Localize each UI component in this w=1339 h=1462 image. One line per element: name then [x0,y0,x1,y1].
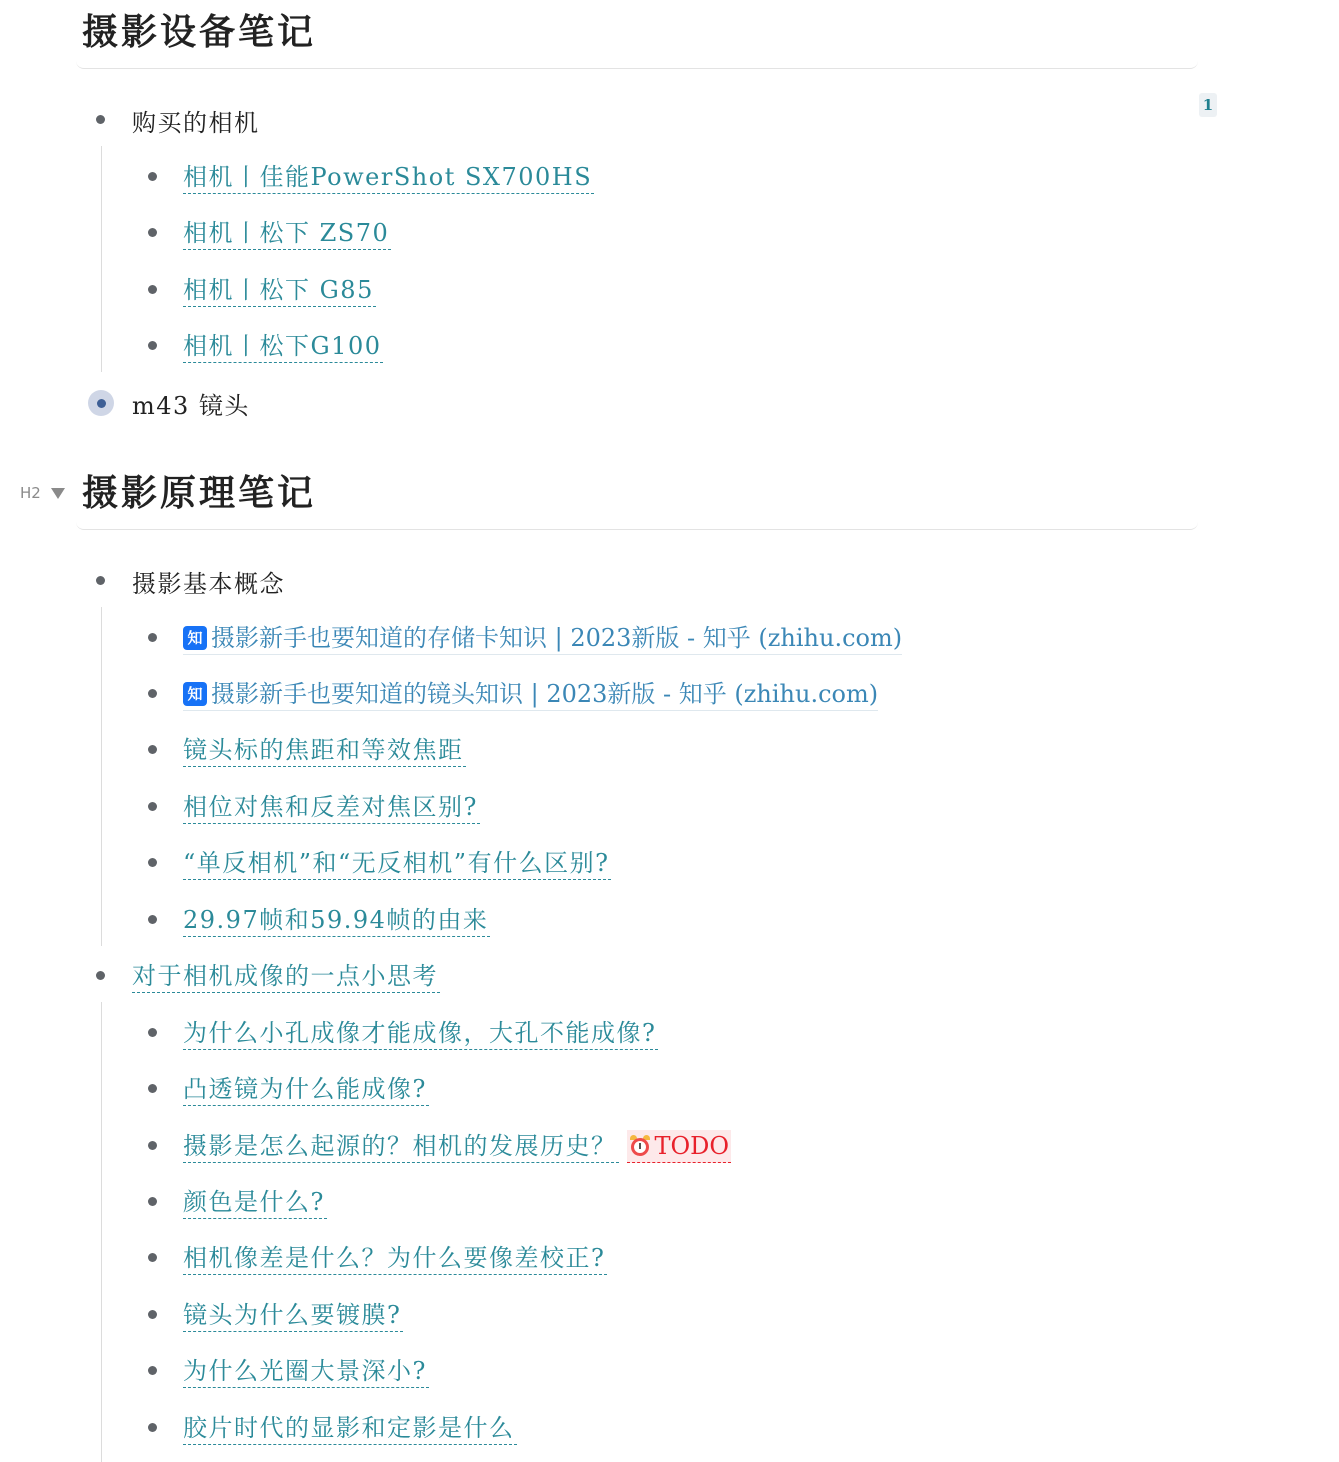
bullet-icon[interactable] [96,115,105,124]
todo-tag-label: TODO [655,1130,730,1162]
page-ref-link[interactable]: 相机丨松下 G85 [183,274,376,307]
zhihu-icon: 知 [183,682,207,706]
heading-photo-principles[interactable]: 摄影原理笔记 [76,467,1198,530]
bullet-icon[interactable] [148,858,157,867]
list-item[interactable]: 相机丨松下G100 [148,326,383,366]
page-ref-link[interactable]: 摄影是怎么起源的？相机的发展历史？ [183,1130,619,1163]
bullet-icon[interactable] [148,228,157,237]
external-link[interactable]: 知 摄影新手也要知道的镜头知识 | 2023新版 - 知乎 (zhihu.com… [183,678,878,711]
bullet-icon[interactable] [148,1197,157,1206]
reference-count-badge[interactable]: 1 [1199,93,1217,117]
bullet-icon[interactable] [148,341,157,350]
list-item[interactable]: 29.97帧和59.94帧的由来 [148,900,490,940]
page-ref-link[interactable]: 凸透镜为什么能成像? [183,1073,429,1106]
list-item[interactable]: 镜头标的焦距和等效焦距 [148,730,466,770]
external-link-text: 摄影新手也要知道的存储卡知识 | 2023新版 - 知乎 (zhihu.com) [211,622,902,654]
bullet-icon[interactable] [96,971,105,980]
page-ref-link[interactable]: 29.97帧和59.94帧的由来 [183,904,490,937]
list-item[interactable]: 相机丨佳能PowerShot SX700HS [148,157,594,197]
list-item[interactable]: 颜色是什么? [148,1182,327,1222]
list-item[interactable]: 知 摄影新手也要知道的存储卡知识 | 2023新版 - 知乎 (zhihu.co… [148,618,902,658]
list-item[interactable]: 摄影基本概念 [96,561,285,601]
list-item[interactable]: 凸透镜为什么能成像? [148,1069,429,1109]
page-ref-link[interactable]: 相机丨佳能PowerShot SX700HS [183,161,594,194]
bullet-icon[interactable] [96,576,105,585]
alarm-clock-icon [629,1135,651,1157]
page-ref-link[interactable]: 镜头为什么要镀膜? [183,1299,403,1332]
page-ref-link[interactable]: 相机像差是什么？为什么要像差校正? [183,1242,607,1275]
indent-guide[interactable] [101,1002,102,1462]
list-item[interactable]: “单反相机”和“无反相机”有什么区别? [148,843,611,883]
list-item[interactable]: 摄影是怎么起源的？相机的发展历史？ TODO [148,1126,731,1166]
page-ref-link[interactable]: 为什么小孔成像才能成像，大孔不能成像? [183,1017,658,1050]
list-item[interactable]: 购买的相机 [96,100,260,140]
bullet-icon[interactable] [148,1084,157,1093]
heading-gutter: H2 [20,484,65,502]
page-ref-link[interactable]: 为什么光圈大景深小? [183,1355,429,1388]
page-ref-link[interactable]: 胶片时代的显影和定影是什么 [183,1412,517,1445]
list-item[interactable]: 相机丨松下 G85 [148,270,376,310]
page-ref-link[interactable]: 镜头标的焦距和等效焦距 [183,734,466,767]
list-item[interactable]: 为什么小孔成像才能成像，大孔不能成像? [148,1013,658,1053]
list-item[interactable]: 为什么光圈大景深小? [148,1351,429,1391]
list-item-focused[interactable]: m43 镜头 [88,383,250,423]
indent-guide[interactable] [101,146,102,372]
list-item[interactable]: 相位对焦和反差对焦区别? [148,787,480,827]
bullet-icon[interactable] [148,1366,157,1375]
list-item-text: 购买的相机 [132,103,260,138]
list-item[interactable]: 知 摄影新手也要知道的镜头知识 | 2023新版 - 知乎 (zhihu.com… [148,674,878,714]
indent-guide[interactable] [101,607,102,946]
bullet-icon[interactable] [148,1423,157,1432]
heading-text: 摄影原理笔记 [76,467,1198,521]
collapse-caret-icon[interactable] [51,488,65,499]
page-ref-link[interactable]: 相机丨松下 ZS70 [183,217,391,250]
bullet-icon[interactable] [148,1310,157,1319]
list-item[interactable]: 对于相机成像的一点小思考 [96,956,440,996]
bullet-icon[interactable] [148,633,157,642]
bullet-icon[interactable] [148,915,157,924]
list-item[interactable]: 相机像差是什么？为什么要像差校正? [148,1238,607,1278]
heading-level-label[interactable]: H2 [20,484,41,502]
bullet-icon[interactable] [148,1253,157,1262]
list-item-text: m43 镜头 [132,386,250,421]
bullet-icon[interactable] [148,172,157,181]
list-item[interactable]: 相机丨松下 ZS70 [148,213,391,253]
bullet-icon[interactable] [148,689,157,698]
heading-text: 摄影设备笔记 [76,6,1198,60]
page-ref-link[interactable]: 相机丨松下G100 [183,330,383,363]
external-link[interactable]: 知 摄影新手也要知道的存储卡知识 | 2023新版 - 知乎 (zhihu.co… [183,622,902,655]
page-ref-link[interactable]: 颜色是什么? [183,1186,327,1219]
zhihu-icon: 知 [183,626,207,650]
page-ref-link[interactable]: 对于相机成像的一点小思考 [132,960,440,993]
page-ref-link[interactable]: “单反相机”和“无反相机”有什么区别? [183,847,611,880]
bullet-icon[interactable] [148,285,157,294]
heading-camera-gear[interactable]: 摄影设备笔记 [76,6,1198,69]
list-item-text: 摄影基本概念 [132,564,285,599]
external-link-text: 摄影新手也要知道的镜头知识 | 2023新版 - 知乎 (zhihu.com) [211,678,878,710]
bullet-icon[interactable] [148,802,157,811]
page-ref-link[interactable]: 相位对焦和反差对焦区别? [183,791,480,824]
todo-tag[interactable]: TODO [627,1130,732,1163]
bullet-icon[interactable] [148,1028,157,1037]
bullet-icon[interactable] [148,745,157,754]
focused-bullet-icon[interactable] [88,390,114,416]
list-item[interactable]: 镜头为什么要镀膜? [148,1295,403,1335]
bullet-icon[interactable] [148,1141,157,1150]
list-item[interactable]: 胶片时代的显影和定影是什么 [148,1408,517,1448]
